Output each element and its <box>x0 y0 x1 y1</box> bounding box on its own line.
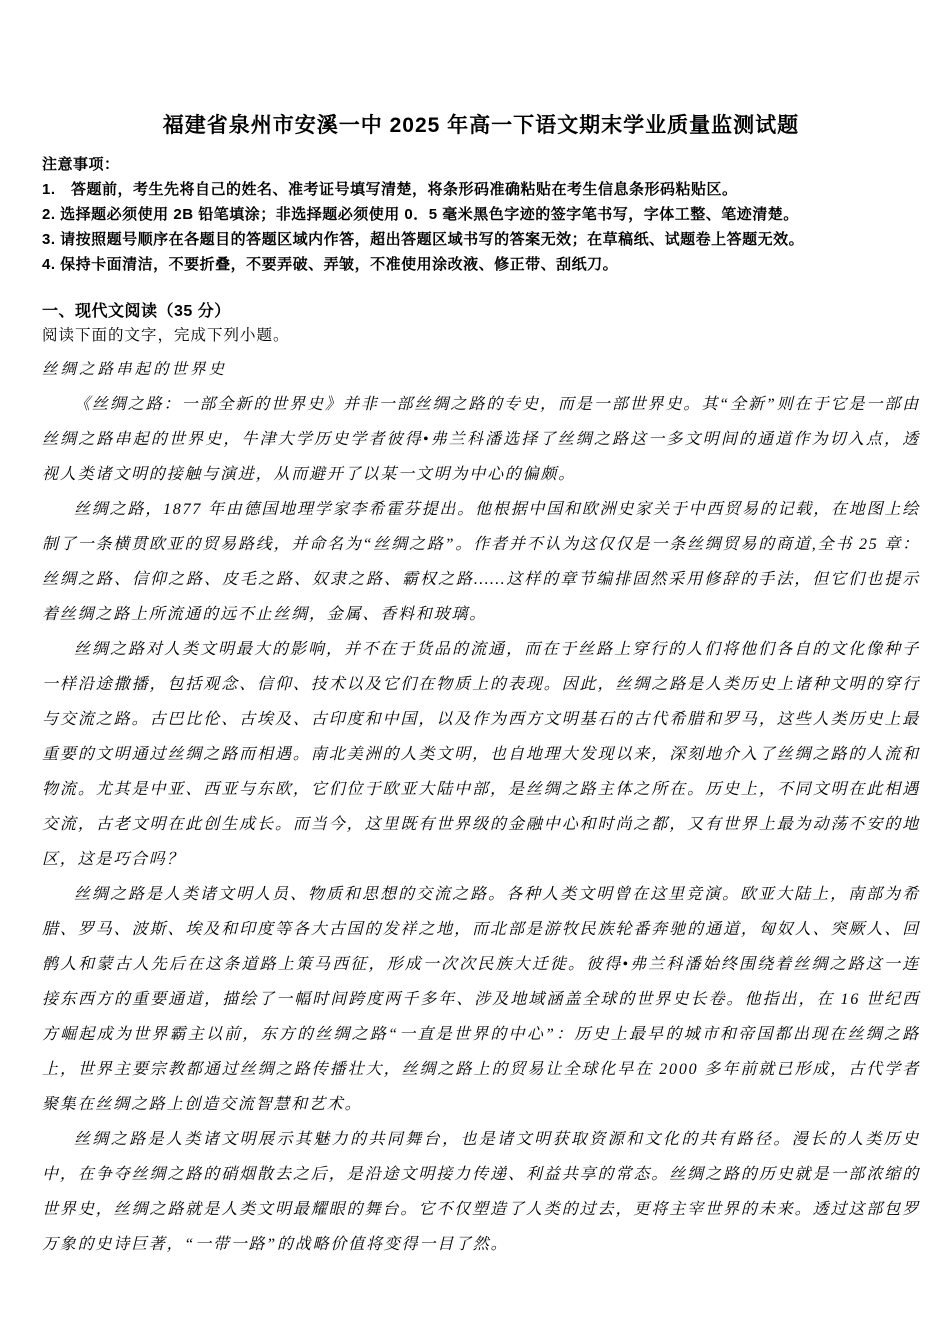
notice-section: 注意事项： 1. 答题前，考生先将自己的姓名、准考证号填写清楚，将条形码准确粘贴… <box>42 152 920 277</box>
exam-paper-page: 福建省泉州市安溪一中 2025 年高一下语文期末学业质量监测试题 注意事项： 1… <box>0 0 950 1344</box>
notice-item-2: 2. 选择题必须使用 2B 铅笔填涂；非选择题必须使用 0．5 毫米黑色字迹的签… <box>42 202 920 227</box>
essay-paragraph-5: 丝绸之路是人类诸文明展示其魅力的共同舞台，也是诸文明获取资源和文化的共有路径。漫… <box>42 1122 920 1262</box>
exam-title: 福建省泉州市安溪一中 2025 年高一下语文期末学业质量监测试题 <box>42 112 920 140</box>
essay-title: 丝绸之路串起的世界史 <box>42 359 920 381</box>
notice-item-3: 3. 请按照题号顺序在各题目的答题区域内作答，超出答题区域书写的答案无效；在草稿… <box>42 227 920 252</box>
reading-instruction: 阅读下面的文字，完成下列小题。 <box>42 325 920 347</box>
notice-heading: 注意事项： <box>42 152 920 177</box>
essay-paragraph-3: 丝绸之路对人类文明最大的影响，并不在于货品的流通，而在于丝路上穿行的人们将他们各… <box>42 632 920 877</box>
essay-paragraph-2: 丝绸之路，1877 年由德国地理学家李希霍芬提出。他根据中国和欧洲史家关于中西贸… <box>42 492 920 632</box>
notice-item-1: 1. 答题前，考生先将自己的姓名、准考证号填写清楚，将条形码准确粘贴在考生信息条… <box>42 177 920 202</box>
section-1-heading: 一、现代文阅读（35 分） <box>42 301 920 323</box>
notice-item-4: 4. 保持卡面清洁，不要折叠，不要弄破、弄皱，不准使用涂改液、修正带、刮纸刀。 <box>42 252 920 277</box>
essay-body: 《丝绸之路：一部全新的世界史》并非一部丝绸之路的专史，而是一部世界史。其“全新”… <box>42 387 920 1262</box>
essay-paragraph-4: 丝绸之路是人类诸文明人员、物质和思想的交流之路。各种人类文明曾在这里竞演。欧亚大… <box>42 877 920 1122</box>
essay-paragraph-1: 《丝绸之路：一部全新的世界史》并非一部丝绸之路的专史，而是一部世界史。其“全新”… <box>42 387 920 492</box>
